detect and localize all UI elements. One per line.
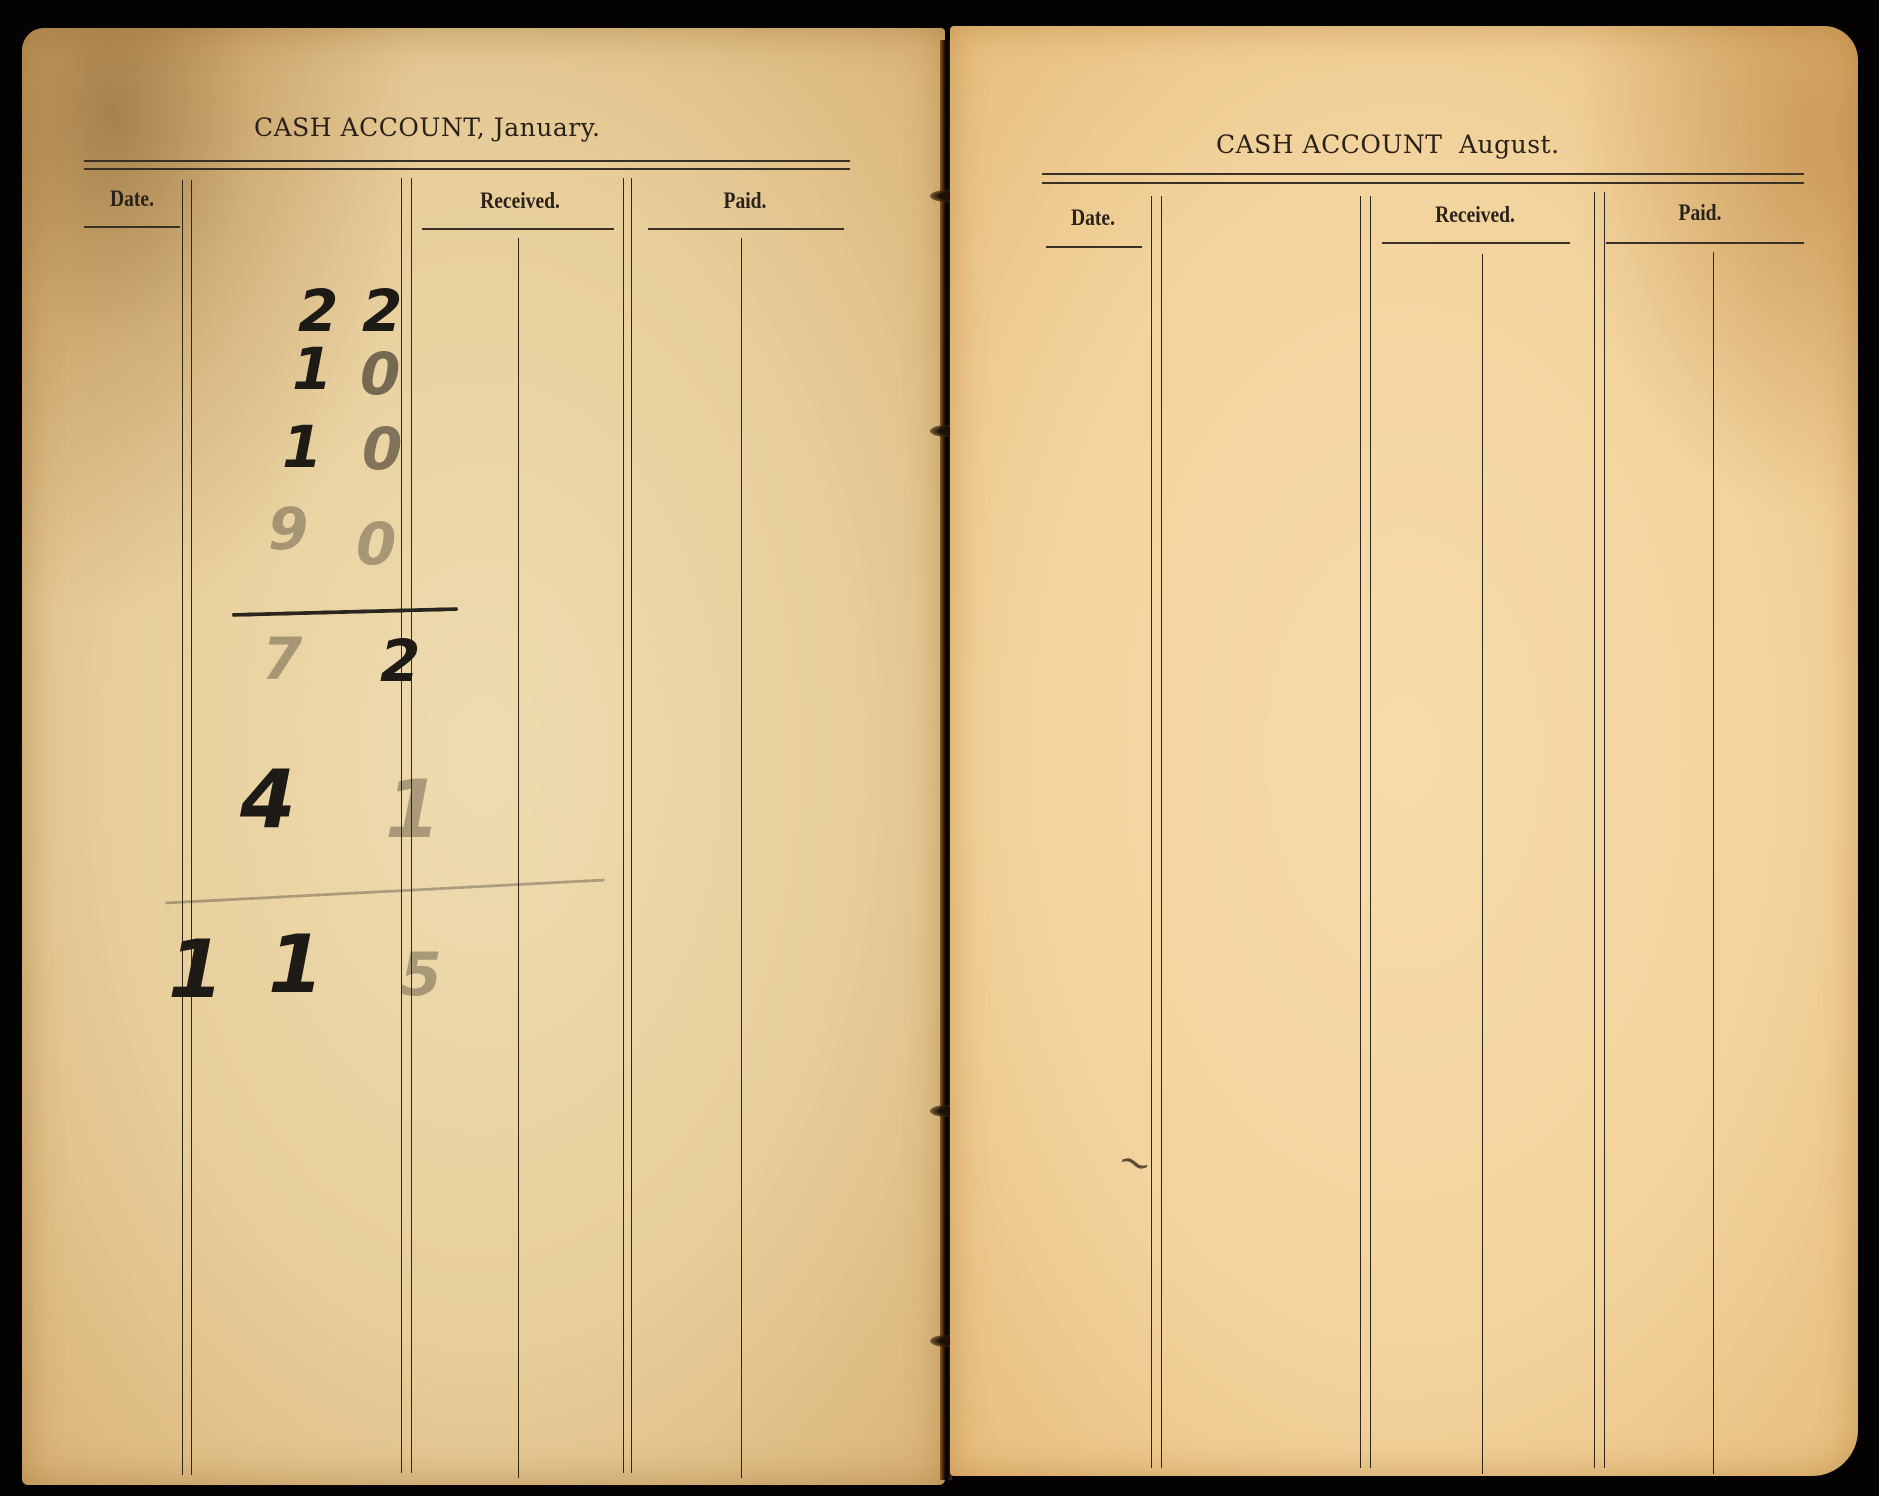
right-title-rule-top [1042, 173, 1804, 175]
right-desc-col-line-2 [1370, 196, 1371, 1468]
right-received-header: Received. [1390, 202, 1560, 228]
left-paid-underline [648, 228, 844, 230]
right-date-underline [1046, 246, 1142, 248]
left-received-underline [422, 228, 614, 230]
left-paid-header: Paid. [660, 188, 830, 214]
left-page-title: CASH ACCOUNT, January. [254, 113, 600, 142]
pencil-digit: 2 [380, 632, 420, 690]
left-date-col-line-1 [182, 180, 183, 1475]
right-title-rule-bottom [1042, 182, 1804, 184]
left-received-col-line-2 [631, 178, 632, 1473]
pencil-digit: 0 [362, 420, 402, 478]
right-received-col-line-2 [1604, 192, 1605, 1468]
right-received-split-line [1482, 254, 1483, 1474]
left-date-col-line-2 [191, 180, 192, 1475]
right-desc-col-line-1 [1360, 196, 1361, 1468]
pencil-digit: 1 [168, 930, 224, 1010]
left-title-rule-bottom [84, 168, 850, 170]
pencil-digit: 9 [268, 500, 308, 558]
left-paid-split-line [741, 238, 742, 1478]
pencil-digit: 4 [240, 760, 296, 840]
right-received-col-line-1 [1594, 192, 1595, 1468]
pencil-digit: 0 [360, 345, 400, 403]
pencil-digit: 1 [282, 418, 322, 476]
pencil-digit: 5 [400, 945, 442, 1005]
left-received-split-line [518, 238, 519, 1478]
left-received-header: Received. [435, 188, 605, 214]
left-title-month: January. [494, 113, 601, 142]
right-paid-split-line [1713, 252, 1714, 1474]
right-date-header: Date. [1051, 205, 1134, 231]
right-date-col-line-2 [1161, 196, 1162, 1468]
pencil-digit: 2 [298, 282, 338, 340]
right-paid-underline [1606, 242, 1804, 244]
left-date-header: Date. [91, 186, 173, 212]
pencil-digit: 1 [292, 340, 332, 398]
pencil-digit: 1 [268, 925, 324, 1005]
right-paid-header: Paid. [1615, 200, 1785, 226]
pencil-digit: 7 [262, 630, 302, 688]
pencil-digit: 0 [356, 515, 396, 573]
right-title-heading: CASH ACCOUNT [1216, 130, 1442, 159]
right-received-underline [1382, 242, 1570, 244]
left-title-heading: CASH ACCOUNT, [254, 113, 485, 142]
right-date-col-line-1 [1151, 196, 1152, 1468]
left-received-col-line-1 [623, 178, 624, 1473]
pencil-digit: 2 [362, 282, 402, 340]
right-title-month: August. [1459, 130, 1560, 159]
left-ledger-page [22, 28, 945, 1485]
left-title-rule-top [84, 160, 850, 162]
pencil-digit: 1 [385, 770, 441, 850]
left-date-underline [84, 226, 180, 228]
right-page-title: CASH ACCOUNT August. [1216, 130, 1560, 159]
